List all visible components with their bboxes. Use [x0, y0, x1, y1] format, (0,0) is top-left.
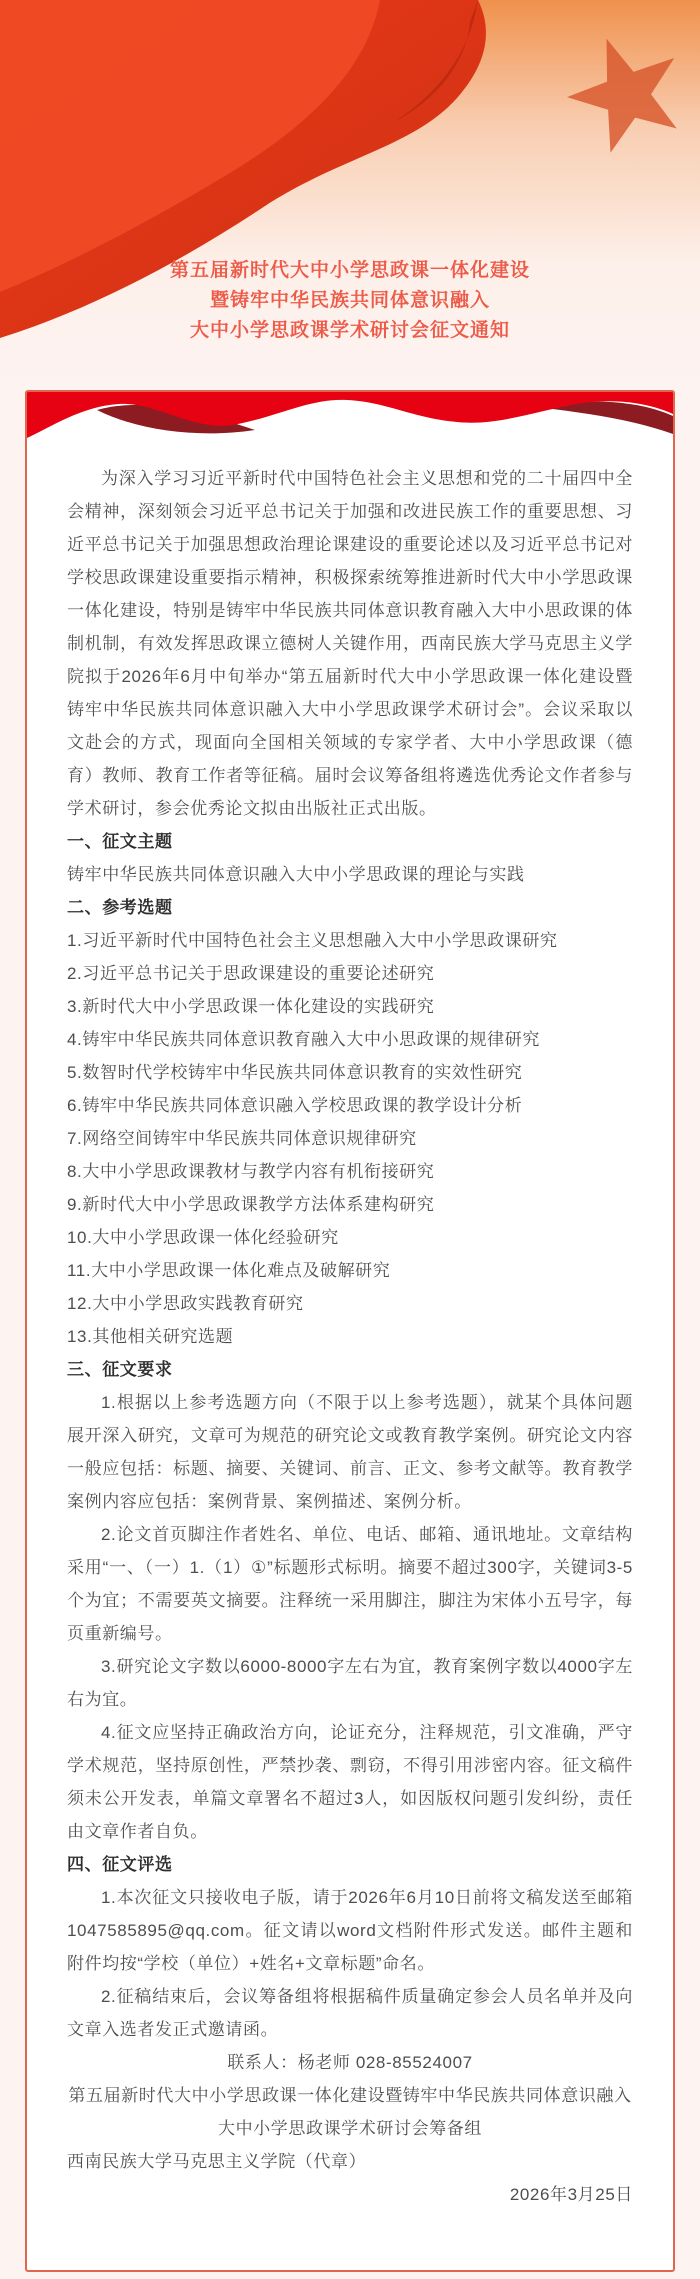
page-title-line-2: 暨铸牢中华民族共同体意识融入	[0, 286, 700, 316]
notice-paragraph: 第五届新时代大中小学思政课一体化建设暨铸牢中华民族共同体意识融入大中小学思政课学…	[67, 2079, 633, 2145]
notice-paragraph: 联系人：杨老师 028-85524007	[67, 2046, 633, 2079]
notice-paragraph: 8.大中小学思政课教材与教学内容有机衔接研究	[67, 1155, 633, 1188]
notice-paragraph: 1.本次征文只接收电子版，请于2026年6月10日前将文稿发送至邮箱104758…	[67, 1881, 633, 1980]
page-title-line-1: 第五届新时代大中小学思政课一体化建设	[0, 256, 700, 286]
notice-paragraph: 为深入学习习近平新时代中国特色社会主义思想和党的二十届四中全会精神，深刻领会习近…	[67, 462, 633, 825]
notice-paragraph: 11.大中小学思政课一体化难点及破解研究	[67, 1254, 633, 1287]
notice-paragraph: 3.研究论文字数以6000-8000字左右为宜，教育案例字数以4000字左右为宜…	[67, 1650, 633, 1716]
notice-body: 为深入学习习近平新时代中国特色社会主义思想和党的二十届四中全会精神，深刻领会习近…	[27, 452, 673, 2211]
notice-paragraph: 2.征稿结束后，会议筹备组将根据稿件质量确定参会人员名单并及向文章入选者发正式邀…	[67, 1980, 633, 2046]
notice-paragraph: 6.铸牢中华民族共同体意识融入学校思政课的教学设计分析	[67, 1089, 633, 1122]
notice-paragraph: 2.论文首页脚注作者姓名、单位、电话、邮箱、通讯地址。文章结构采用“一、（一）1…	[67, 1518, 633, 1650]
notice-paragraph: 10.大中小学思政课一体化经验研究	[67, 1221, 633, 1254]
notice-paragraph: 1.习近平新时代中国特色社会主义思想融入大中小学思政课研究	[67, 924, 633, 957]
notice-paragraph: 12.大中小学思政实践教育研究	[67, 1287, 633, 1320]
notice-paragraph: 4.征文应坚持正确政治方向，论证充分，注释规范，引文准确，严守学术规范，坚持原创…	[67, 1716, 633, 1848]
section-heading: 二、参考选题	[67, 891, 633, 924]
notice-paragraph: 9.新时代大中小学思政课教学方法体系建构研究	[67, 1188, 633, 1221]
notice-paragraph: 3.新时代大中小学思政课一体化建设的实践研究	[67, 990, 633, 1023]
notice-paragraph: 4.铸牢中华民族共同体意识教育融入大中小思政课的规律研究	[67, 1023, 633, 1056]
notice-paragraph: 5.数智时代学校铸牢中华民族共同体意识教育的实效性研究	[67, 1056, 633, 1089]
notice-paragraph: 铸牢中华民族共同体意识融入大中小学思政课的理论与实践	[67, 858, 633, 891]
page-title: 第五届新时代大中小学思政课一体化建设 暨铸牢中华民族共同体意识融入 大中小学思政…	[0, 256, 700, 346]
notice-paragraph: 1.根据以上参考选题方向（不限于以上参考选题），就某个具体问题展开深入研究，文章…	[67, 1386, 633, 1518]
notice-paragraph: 7.网络空间铸牢中华民族共同体意识规律研究	[67, 1122, 633, 1155]
notice-paragraph: 2.习近平总书记关于思政课建设的重要论述研究	[67, 957, 633, 990]
banner-header: 第五届新时代大中小学思政课一体化建设 暨铸牢中华民族共同体意识融入 大中小学思政…	[0, 0, 700, 390]
section-heading: 四、征文评选	[67, 1848, 633, 1881]
notice-paragraph: 13.其他相关研究选题	[67, 1320, 633, 1353]
notice-paragraph: 2026年3月25日	[67, 2178, 633, 2211]
notice-card: 为深入学习习近平新时代中国特色社会主义思想和党的二十届四中全会精神，深刻领会习近…	[25, 390, 675, 2272]
page-title-line-3: 大中小学思政课学术研讨会征文通知	[0, 316, 700, 346]
section-heading: 一、征文主题	[67, 825, 633, 858]
red-wave-banner-icon	[27, 392, 673, 452]
section-heading: 三、征文要求	[67, 1353, 633, 1386]
notice-paragraph: 西南民族大学马克思主义学院（代章）	[67, 2145, 633, 2178]
